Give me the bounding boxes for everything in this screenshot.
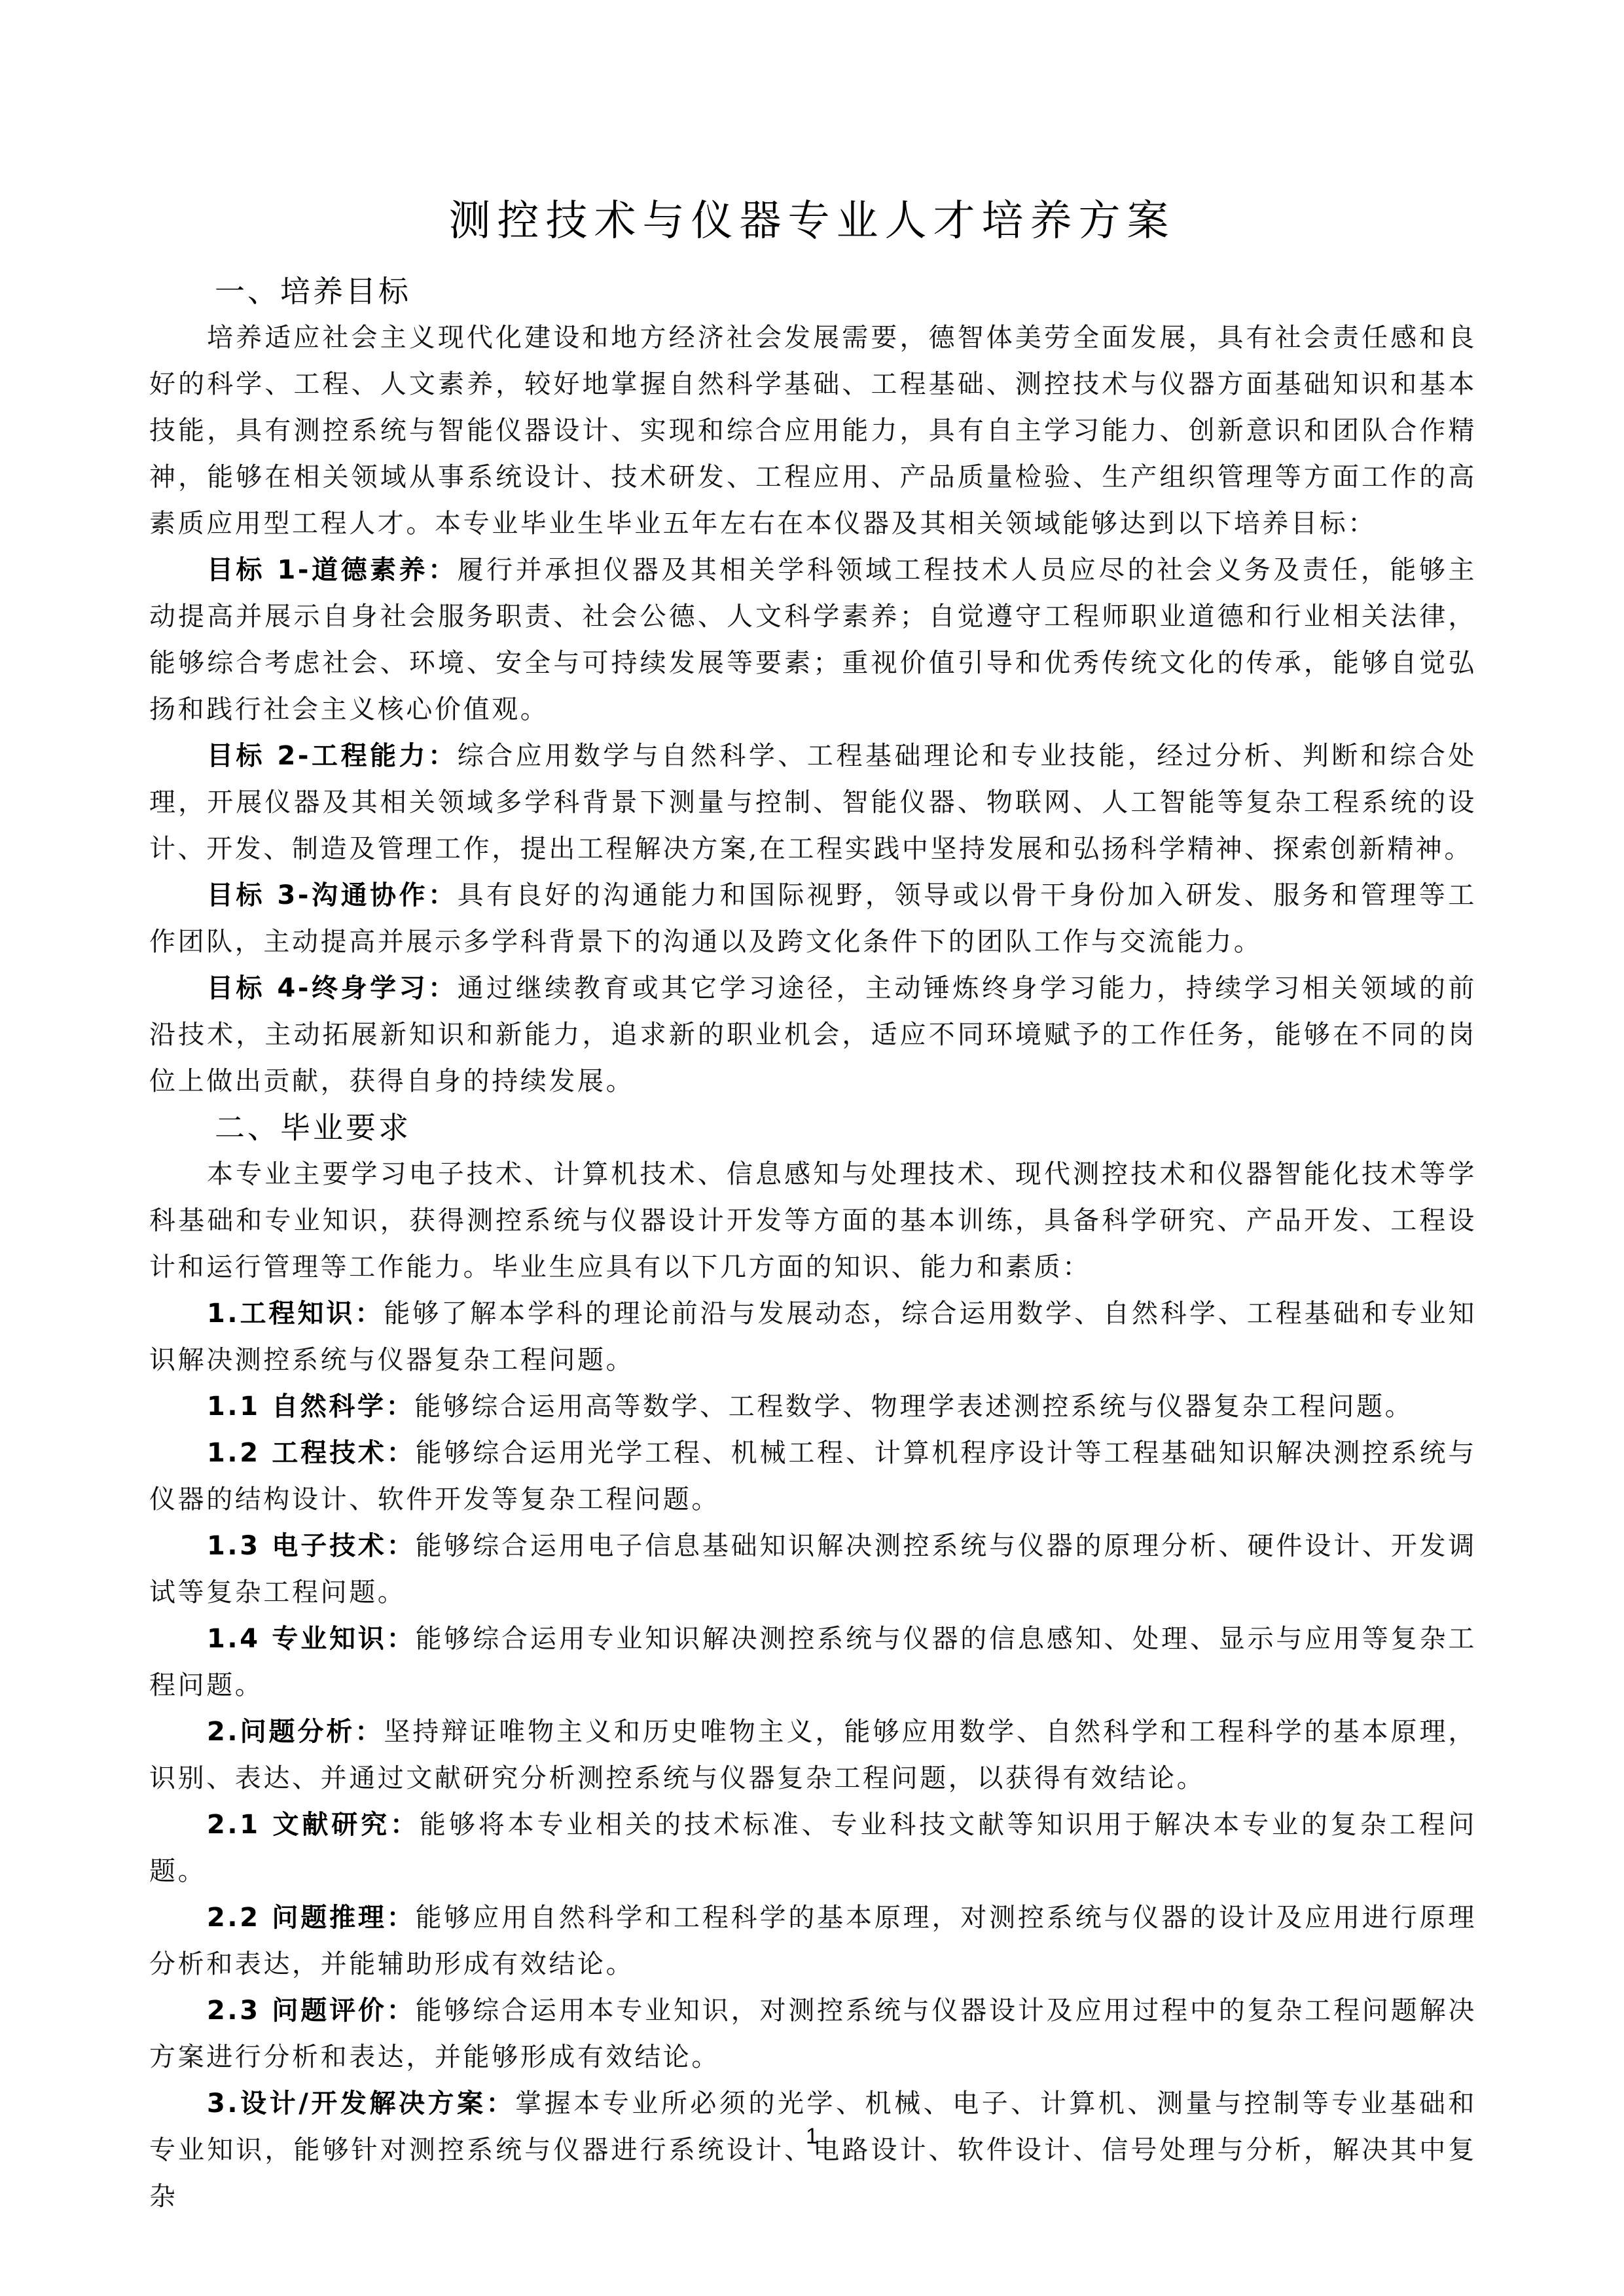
paragraph: 目标 1-道德素养：履行并承担仪器及其相关学科领域工程技术人员应尽的社会义务及责… [149, 547, 1477, 733]
paragraph: 2.1 文献研究：能够将本专业相关的技术标准、专业科技文献等知识用于解决本专业的… [149, 1802, 1477, 1895]
paragraph-text: 培养适应社会主义现代化建设和地方经济社会发展需要，德智体美劳全面发展，具有社会责… [149, 323, 1477, 539]
paragraph: 1.1 自然科学：能够综合运用高等数学、工程数学、物理学表述测控系统与仪器复杂工… [149, 1384, 1477, 1430]
paragraph: 2.3 问题评价：能够综合运用本专业知识，对测控系统与仪器设计及应用过程中的复杂… [149, 1988, 1477, 2081]
paragraph: 1.2 工程技术：能够综合运用光学工程、机械工程、计算机程序设计等工程基础知识解… [149, 1430, 1477, 1523]
paragraph: 2.问题分析：坚持辩证唯物主义和历史唯物主义，能够应用数学、自然科学和工程科学的… [149, 1709, 1477, 1802]
paragraph-lead: 3.设计/开发解决方案： [207, 2089, 515, 2119]
section-training-objectives: 一、培养目标 培养适应社会主义现代化建设和地方经济社会发展需要，德智体美劳全面发… [149, 268, 1477, 1105]
paragraph-lead: 目标 4-终身学习： [207, 973, 458, 1003]
paragraph-lead: 2.3 问题评价： [207, 1996, 416, 2026]
paragraph: 本专业主要学习电子技术、计算机技术、信息感知与处理技术、现代测控技术和仪器智能化… [149, 1151, 1477, 1291]
paragraph: 2.2 问题推理：能够应用自然科学和工程科学的基本原理，对测控系统与仪器的设计及… [149, 1895, 1477, 1988]
section-heading: 一、培养目标 [149, 268, 1477, 315]
section-graduation-requirements: 二、毕业要求 本专业主要学习电子技术、计算机技术、信息感知与处理技术、现代测控技… [149, 1105, 1477, 2220]
paragraph-text: 本专业主要学习电子技术、计算机技术、信息感知与处理技术、现代测控技术和仪器智能化… [149, 1159, 1477, 1282]
paragraph-text: 能够综合运用高等数学、工程数学、物理学表述测控系统与仪器复杂工程问题。 [414, 1391, 1413, 1422]
paragraph: 1.工程知识：能够了解本学科的理论前沿与发展动态，综合运用数学、自然科学、工程基… [149, 1291, 1477, 1384]
page-number: 1 [0, 2124, 1624, 2149]
paragraph-lead: 目标 3-沟通协作： [207, 880, 458, 910]
paragraph: 1.3 电子技术：能够综合运用电子信息基础知识解决测控系统与仪器的原理分析、硬件… [149, 1523, 1477, 1616]
paragraph-lead: 1.2 工程技术： [207, 1438, 416, 1468]
paragraph-lead: 2.问题分析： [207, 1717, 384, 1747]
paragraph: 目标 3-沟通协作：具有良好的沟通能力和国际视野，领导或以骨干身份加入研发、服务… [149, 872, 1477, 965]
paragraph-lead: 目标 2-工程能力： [207, 741, 458, 771]
paragraph-lead: 2.1 文献研究： [207, 1810, 420, 1840]
paragraph-lead: 1.1 自然科学： [207, 1391, 414, 1422]
paragraph: 1.4 专业知识：能够综合运用专业知识解决测控系统与仪器的信息感知、处理、显示与… [149, 1616, 1477, 1709]
paragraph: 目标 2-工程能力：综合应用数学与自然科学、工程基础理论和专业技能，经过分析、判… [149, 733, 1477, 872]
document-page: 测控技术与仪器专业人才培养方案 一、培养目标 培养适应社会主义现代化建设和地方经… [0, 0, 1624, 2296]
paragraph: 培养适应社会主义现代化建设和地方经济社会发展需要，德智体美劳全面发展，具有社会责… [149, 315, 1477, 547]
paragraph-lead: 目标 1-道德素养： [207, 555, 458, 585]
paragraph: 目标 4-终身学习：通过继续教育或其它学习途径，主动锤炼终身学习能力，持续学习相… [149, 965, 1477, 1105]
paragraph-lead: 2.2 问题推理： [207, 1903, 416, 1933]
section-heading: 二、毕业要求 [149, 1105, 1477, 1151]
document-body: 一、培养目标 培养适应社会主义现代化建设和地方经济社会发展需要，德智体美劳全面发… [149, 268, 1477, 2220]
paragraph-lead: 1.工程知识： [207, 1299, 384, 1329]
paragraph: 3.设计/开发解决方案：掌握本专业所必须的光学、机械、电子、计算机、测量与控制等… [149, 2081, 1477, 2220]
document-title: 测控技术与仪器专业人才培养方案 [0, 195, 1624, 247]
paragraph-lead: 1.4 专业知识： [207, 1624, 416, 1654]
paragraph-lead: 1.3 电子技术： [207, 1531, 416, 1561]
